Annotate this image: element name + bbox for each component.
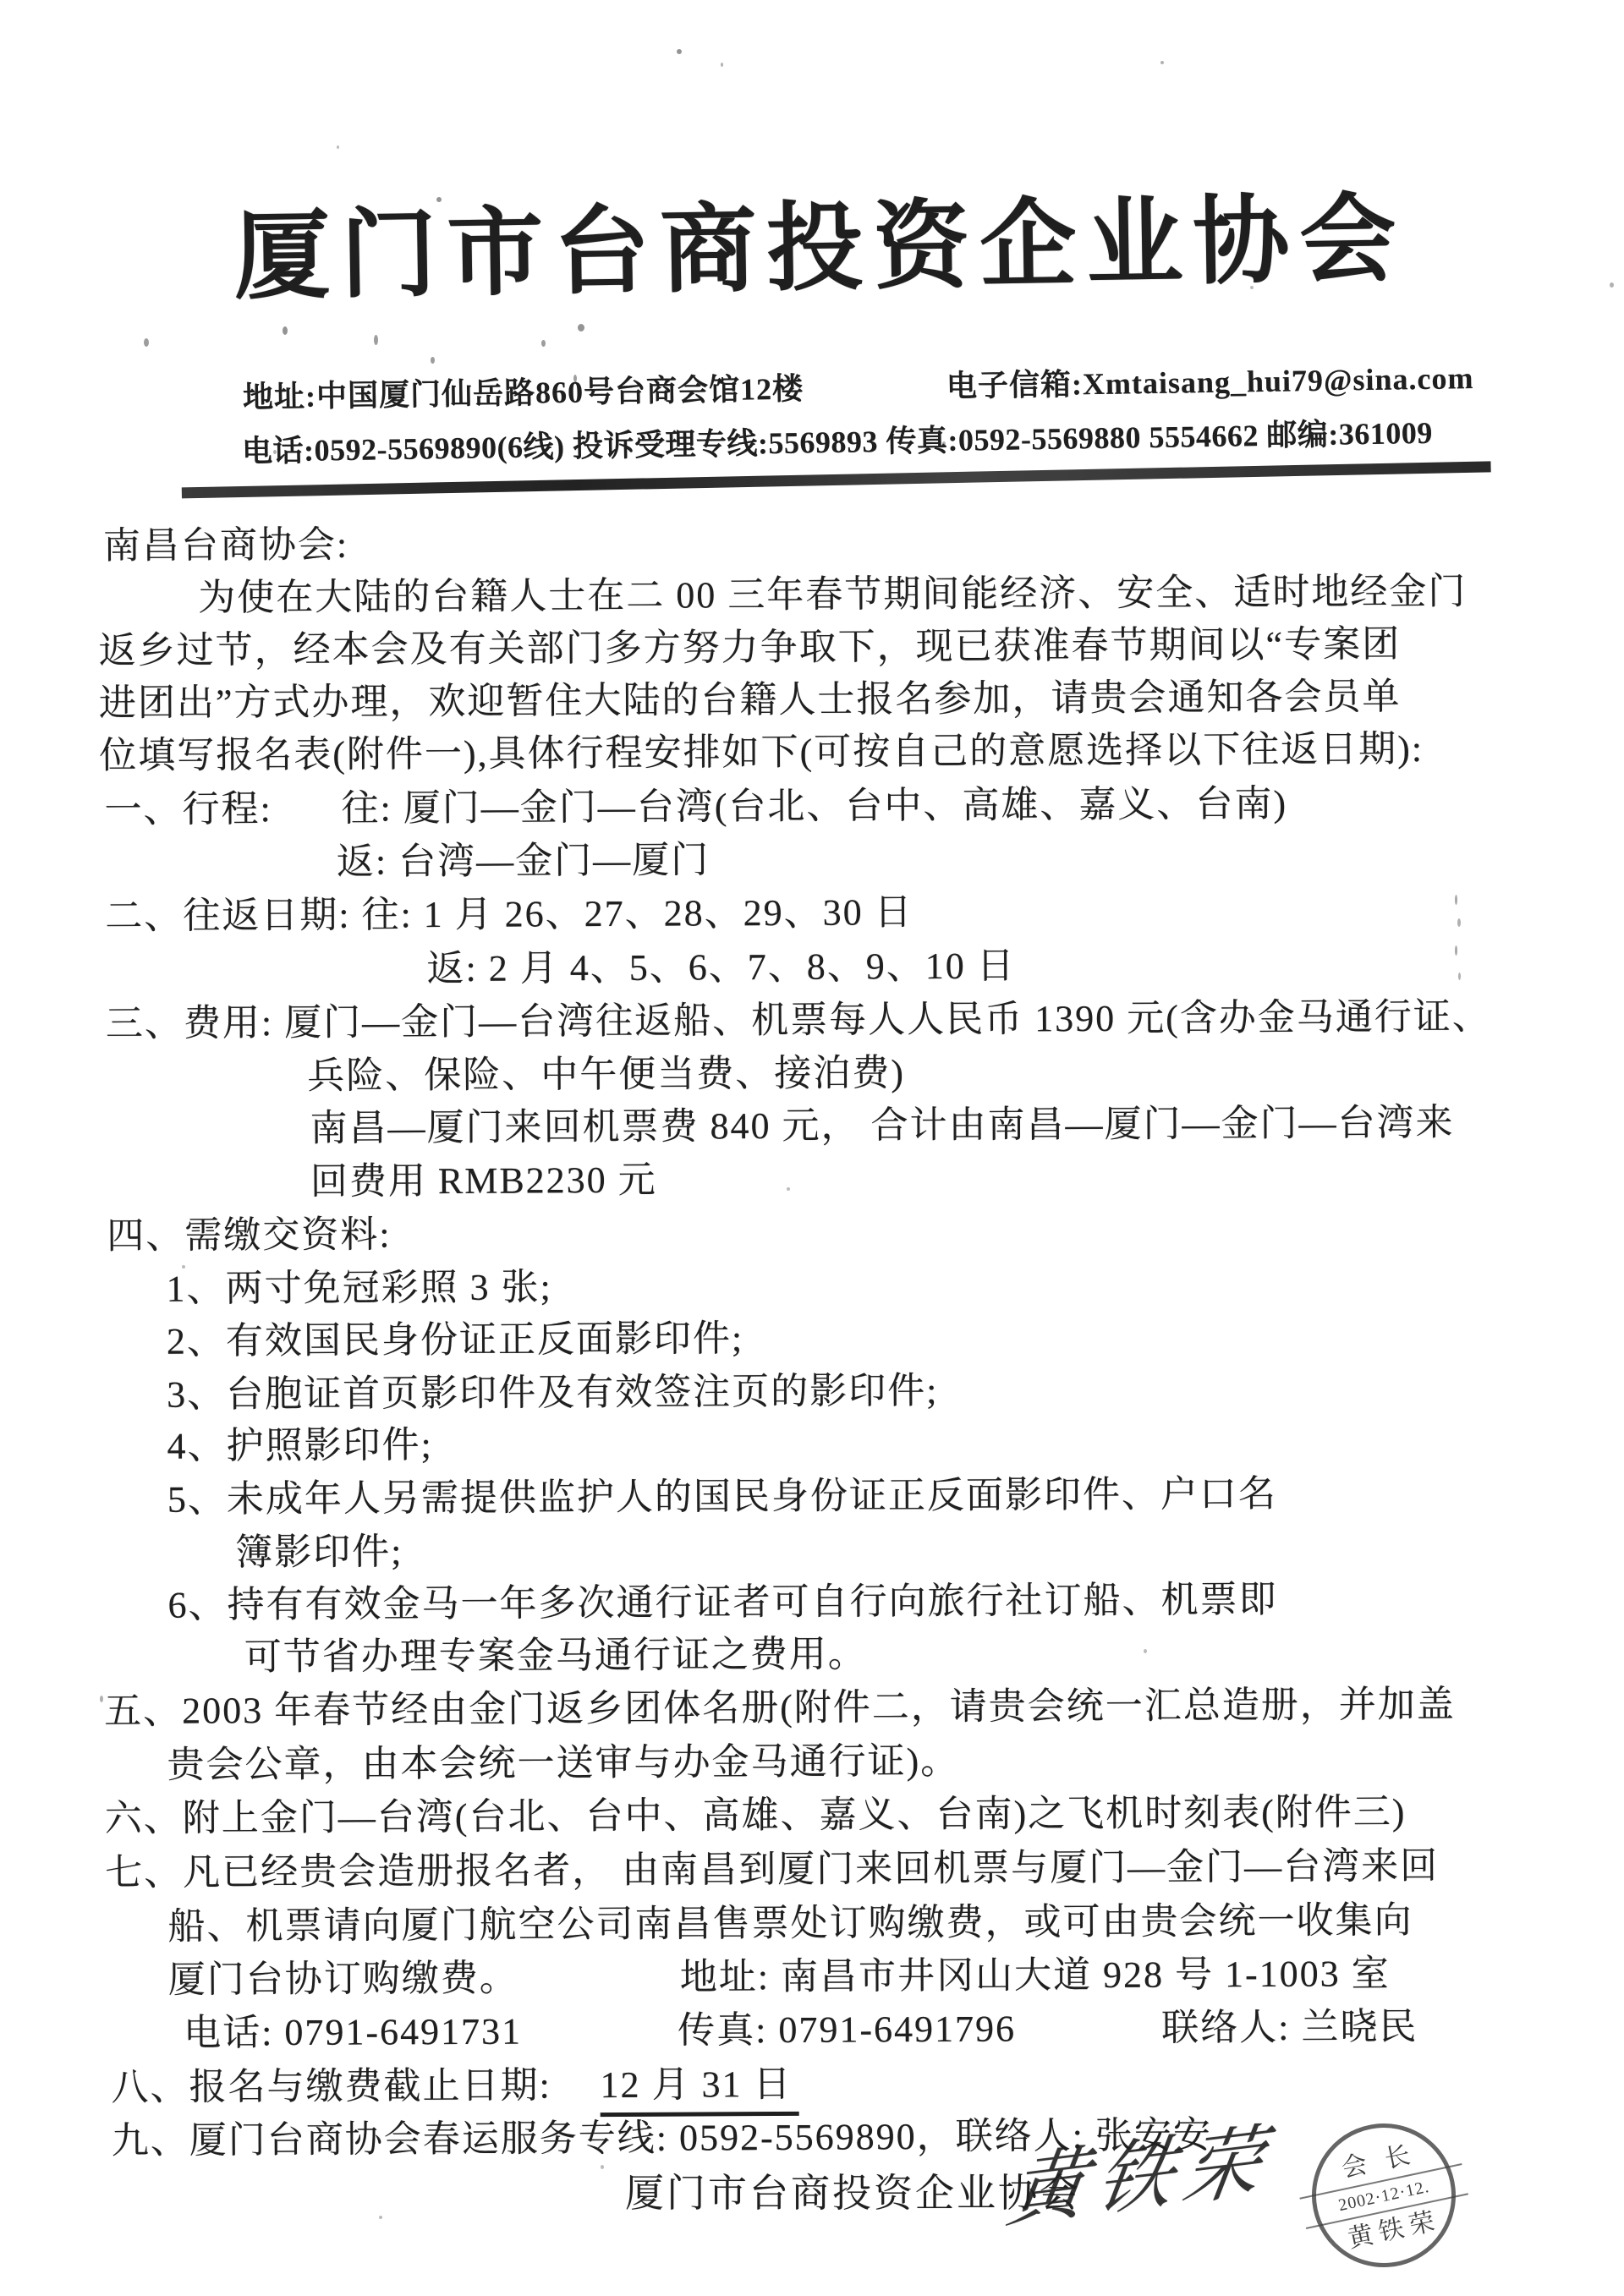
body-text-line: 回费用 RMB2230 元 bbox=[310, 1157, 657, 1205]
body-text-line: 六、附上金门—台湾(台北、台中、高雄、嘉义、台南)之飞机时刻表(附件三) bbox=[105, 1789, 1407, 1842]
body-text-line: 返: 台湾—金门—厦门 bbox=[337, 836, 710, 885]
body-text-line: 兵险、保险、中午便当费、接泊费) bbox=[307, 1049, 905, 1099]
scan-noise-speck bbox=[1250, 286, 1254, 289]
seal-role-text: 会长 bbox=[1323, 2139, 1431, 2185]
scan-noise-speck bbox=[374, 335, 378, 345]
scan-noise-speck bbox=[1144, 1649, 1147, 1653]
body-text-line: 三、费用: 厦门—金门—台湾往返船、机票每人人民币 1390 元(含办金马通行证… bbox=[106, 994, 1491, 1048]
body-text-line: 四、需缴交资料: bbox=[107, 1211, 392, 1259]
body-text-line: 往: 厦门—金门—台湾(台北、台中、高雄、嘉义、台南) bbox=[341, 781, 1287, 832]
scan-noise-speck bbox=[942, 441, 946, 446]
scan-noise-speck bbox=[1457, 918, 1461, 927]
seal-content: 会长 2002·12·12. 黄铁荣 bbox=[1301, 2114, 1467, 2276]
seal-name-text: 黄铁荣 bbox=[1340, 2208, 1443, 2254]
scan-noise-speck bbox=[721, 63, 723, 67]
body-text-line: 厦门台协订购缴费。 bbox=[168, 1955, 518, 2003]
scan-noise-speck bbox=[1455, 895, 1457, 905]
body-text-line: 返乡过节，经本会及有关部门多方努力争取下，现已获准春节期间以“专案团 bbox=[98, 621, 1401, 674]
body-text-line: 3、台胞证首页影印件及有效签注页的影印件; bbox=[167, 1367, 939, 1418]
scan-noise-speck bbox=[578, 324, 584, 332]
letter-body: 南昌台商协会:为使在大陆的台籍人士在二 00 三年春节期间能经济、安全、适时地经… bbox=[0, 0, 1624, 2296]
scan-noise-speck bbox=[100, 1696, 103, 1702]
body-text-line: 传真: 0791-6491796 bbox=[678, 2006, 1016, 2054]
body-text-line: 二、往返日期: 往: 1 月 26、27、28、29、30 日 bbox=[105, 889, 913, 940]
body-text-line: 2、有效国民身份证正反面影印件; bbox=[167, 1315, 744, 1365]
scan-noise-speck bbox=[273, 450, 277, 454]
body-text-line: 返: 2 月 4、5、6、7、8、9、10 日 bbox=[426, 943, 1016, 993]
body-text-line: 七、凡已经贵会造册报名者， 由南昌到厦门来回机票与厦门—金门—台湾来回 bbox=[105, 1843, 1439, 1896]
body-text-line: 1、两寸免冠彩照 3 张; bbox=[166, 1263, 552, 1312]
body-text-line: 为使在大陆的台籍人士在二 00 三年春节期间能经济、安全、适时地经金门 bbox=[198, 568, 1467, 622]
body-text-line: 6、持有有效金马一年多次通行证者可自行向旅行社订船、机票即 bbox=[167, 1576, 1277, 1629]
body-text-line: 贵会公章，由本会统一送审与办金马通行证)。 bbox=[167, 1738, 959, 1789]
scanned-letter-page: 厦门市台商投资企业协会 地址:中国厦门仙岳路860号台商会馆12楼 电子信箱:X… bbox=[0, 0, 1624, 2296]
scan-noise-speck bbox=[573, 375, 577, 382]
body-text-line: 地址: 南昌市井冈山大道 928 号 1-1003 室 bbox=[680, 1950, 1391, 2000]
body-text-line: 簿影印件; bbox=[235, 1528, 403, 1575]
scan-noise-speck bbox=[144, 338, 149, 347]
scan-noise-speck bbox=[1610, 282, 1614, 288]
scan-noise-speck bbox=[677, 49, 682, 54]
body-text-line: 位填写报名表(附件一),具体行程安排如下(可按自己的意愿选择以下往返日期): bbox=[99, 726, 1424, 779]
seal-date-text: 2002·12·12. bbox=[1337, 2178, 1431, 2213]
body-text-line: 联络人: 兰晓民 bbox=[1161, 2003, 1418, 2052]
body-text-line: 可节省办理专案金马通行证之费用。 bbox=[244, 1630, 867, 1680]
scan-noise-speck bbox=[541, 340, 546, 347]
chairman-seal: 会长 2002·12·12. 黄铁荣 bbox=[1305, 2117, 1463, 2275]
body-text-line: 5、未成年人另需提供监护人的国民身份证正反面影印件、户口名 bbox=[167, 1471, 1277, 1523]
scan-noise-speck bbox=[601, 2165, 604, 2169]
scan-noise-speck bbox=[1458, 973, 1461, 980]
body-text-line: 4、护照影印件; bbox=[167, 1422, 433, 1470]
body-text-line: 五、2003 年春节经由金门返乡团体名册(附件二，请贵会统一汇总造册，并加盖 bbox=[104, 1681, 1456, 1734]
body-text-line: 南昌—厦门来回机票费 840 元， 合计由南昌—厦门—金门—台湾来 bbox=[310, 1099, 1454, 1152]
scan-noise-speck bbox=[1455, 945, 1457, 956]
scan-noise-speck bbox=[787, 1187, 790, 1191]
scan-noise-speck bbox=[182, 1265, 185, 1269]
body-text-line: 电话: 0791-6491731 bbox=[184, 2008, 522, 2057]
scan-noise-speck bbox=[283, 326, 288, 335]
scan-noise-speck bbox=[431, 357, 435, 364]
scan-noise-speck bbox=[337, 145, 339, 149]
scan-noise-speck bbox=[1160, 61, 1164, 64]
body-text-line: 八、报名与缴费截止日期: bbox=[111, 2062, 551, 2111]
body-text-line: 进团出”方式办理，欢迎暂住大陆的台籍人士报名参加，请贵会通知各会员单 bbox=[99, 673, 1402, 726]
scan-noise-speck bbox=[436, 197, 442, 202]
body-text-line: 一、行程: bbox=[104, 786, 272, 833]
body-text-line: 船、机票请向厦门航空公司南昌售票处订购缴费，或可由贵会统一收集向 bbox=[167, 1897, 1413, 1950]
body-text-line: 南昌台商协会: bbox=[103, 522, 349, 570]
scan-noise-speck bbox=[379, 2216, 382, 2219]
body-text-line: 12 月 31 日 bbox=[600, 2061, 798, 2117]
